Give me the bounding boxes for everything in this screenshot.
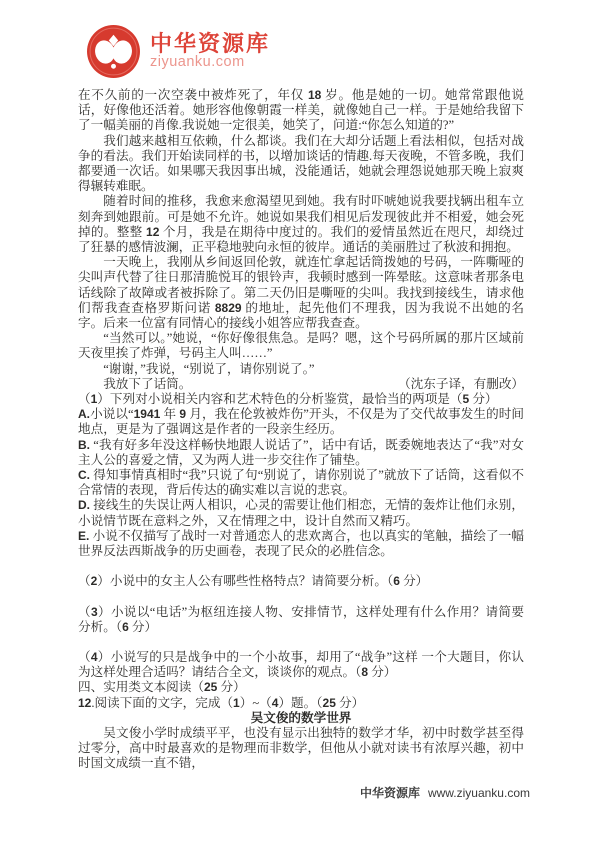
paragraph: D. 接线生的失误让两人相识，心灵的需要让他们相恋，无情的轰炸让他们永别，小说情… [78, 498, 524, 528]
paragraph: B. “我有好多年没这样畅快地跟人说话了”，话中有话，既委婉地表达了“我”对女主… [78, 438, 524, 468]
paragraph: （2）小说中的女主人公有哪些性格特点？请简要分析。（6 分） [78, 574, 524, 589]
paragraph: 12.阅读下面的文字，完成（1）~（4）题。（25 分） [78, 696, 524, 711]
paragraph: C. 得知事情真相时“我”只说了句“别说了，请你别说了”就放下了话筒，这看似不合… [78, 468, 524, 498]
paragraph: （3）小说以“电话”为枢纽连接人物、安排情节，这样处理有什么作用？请简要分析。（… [78, 605, 524, 635]
paragraph: 一天晚上，我刚从乡间返回伦敦，就连忙拿起话筒拨她的号码，一阵嘶哑的尖叫声代替了往… [78, 255, 524, 331]
butterfly-seal-icon [86, 24, 141, 79]
paragraph: 我们越来越相互依赖，什么都谈。我们在大却分话题上看法相似，包括对战争的看法。我们… [78, 134, 524, 195]
page-footer: 中华资源库www.ziyuanku.com [360, 784, 530, 801]
paragraph: “谢谢，”我说，“别说了，请你别说了。” [78, 362, 524, 377]
logo-domain: ziyuanku.com [150, 55, 270, 70]
section-title: 吴文俊的数学世界 [78, 711, 524, 726]
paragraph: 在不久前的一次空袭中被炸死了，年仅 18 岁。他是她的一切。她常常跟他说话，好像… [78, 88, 524, 134]
logo-brand: 中华资源库 [150, 32, 270, 55]
paragraph: 我放下了话筒。（沈东子译，有删改） [78, 377, 524, 392]
paragraph: E. 小说不仅描写了战时一对普通恋人的悲欢离合，也以真实的笔触，描绘了一幅世界反… [78, 529, 524, 559]
paragraph: （1）下列对小说相关内容和艺术特色的分析鉴赏，最恰当的两项是（5 分） [78, 392, 524, 407]
logo: 中华资源库 ziyuanku.com [86, 24, 270, 79]
footer-url: www.ziyuanku.com [428, 786, 530, 800]
page: 中华资源库 ziyuanku.com 在不久前的一次空袭中被炸死了，年仅 18 … [0, 0, 600, 848]
footer-brand: 中华资源库 [360, 786, 420, 800]
paragraph: 四、实用类文本阅读（25 分） [78, 680, 524, 695]
paragraph: 吴文俊小学时成绩平平，也没有显示出独特的数学才华，初中时数学甚至得过零分，高中时… [78, 726, 524, 772]
attribution: （沈东子译，有删改） [398, 377, 524, 392]
paragraph: “当然可以。”她说，“你好像很焦急。是吗？嗯，这个号码所属的那片区域前天夜里挨了… [78, 331, 524, 361]
paragraph: A.小说以“1941 年 9 月，我在伦敦被炸伤”开头，不仅是为了交代故事发生的… [78, 407, 524, 437]
document-body: 在不久前的一次空袭中被炸死了，年仅 18 岁。他是她的一切。她常常跟他说话，好像… [78, 88, 524, 772]
logo-text: 中华资源库 ziyuanku.com [150, 32, 270, 70]
paragraph: 随着时间的推移，我愈来愈渴望见到她。我有时吓唬她说我要找辆出租车立刻奔到她跟前。… [78, 194, 524, 255]
paragraph: （4）小说写的只是战争中的一个小故事，却用了“战争”这样 一个大题目，你认为这样… [78, 650, 524, 680]
